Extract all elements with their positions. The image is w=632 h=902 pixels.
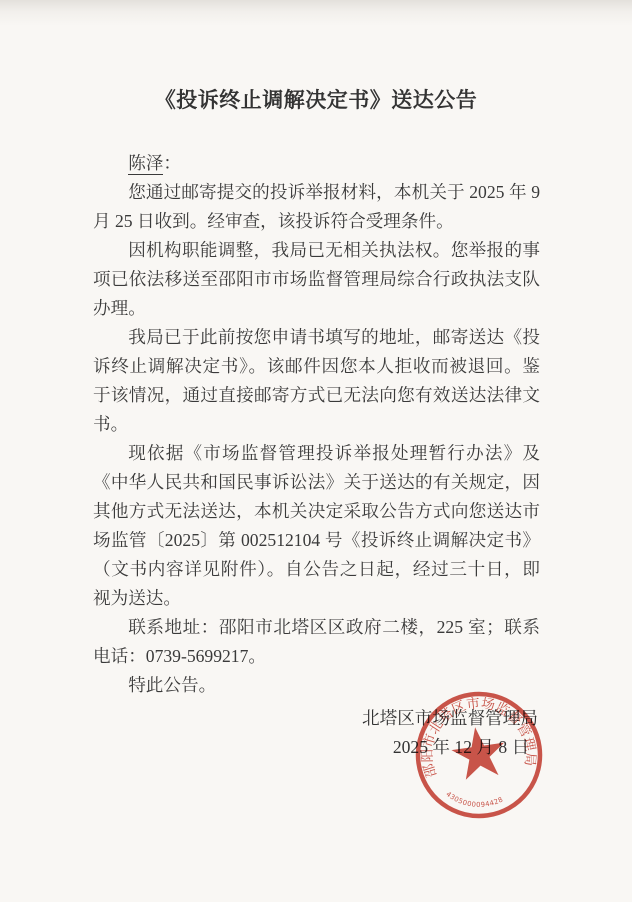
paragraph-transfer: 因机构职能调整，我局已无相关执法权。您举报的事项已依法移送至邵阳市市场监督管理局… (93, 236, 540, 323)
document-page: 《投诉终止调解决定书》送达公告 陈泽： 您通过邮寄提交的投诉举报材料，本机关于 … (0, 0, 632, 902)
seal-star-icon (449, 724, 509, 782)
paragraph-receipt: 您通过邮寄提交的投诉举报材料，本机关于 2025 年 9 月 25 日收到。经审… (93, 178, 540, 236)
document-body: 陈泽： 您通过邮寄提交的投诉举报材料，本机关于 2025 年 9 月 25 日收… (93, 149, 540, 700)
recipient-line: 陈泽： (93, 149, 540, 178)
document-title: 《投诉终止调解决定书》送达公告 (0, 84, 632, 114)
recipient-colon: ： (163, 153, 181, 173)
scan-edge-shadow (0, 0, 632, 26)
paragraph-public-notice: 现依据《市场监督管理投诉举报处理暂行办法》及《中华人民共和国民事诉讼法》关于送达… (93, 439, 540, 613)
official-seal: 邵阳市北塔区市场监督管理局 4305000094428 (413, 689, 545, 821)
recipient-name: 陈泽 (128, 153, 163, 175)
paragraph-mail-returned: 我局已于此前按您申请书填写的地址，邮寄送达《投诉终止调解决定书》。该邮件因您本人… (93, 323, 540, 439)
paragraph-contact: 联系地址：邵阳市北塔区区政府二楼，225 室；联系电话：0739-5699217… (93, 613, 540, 671)
